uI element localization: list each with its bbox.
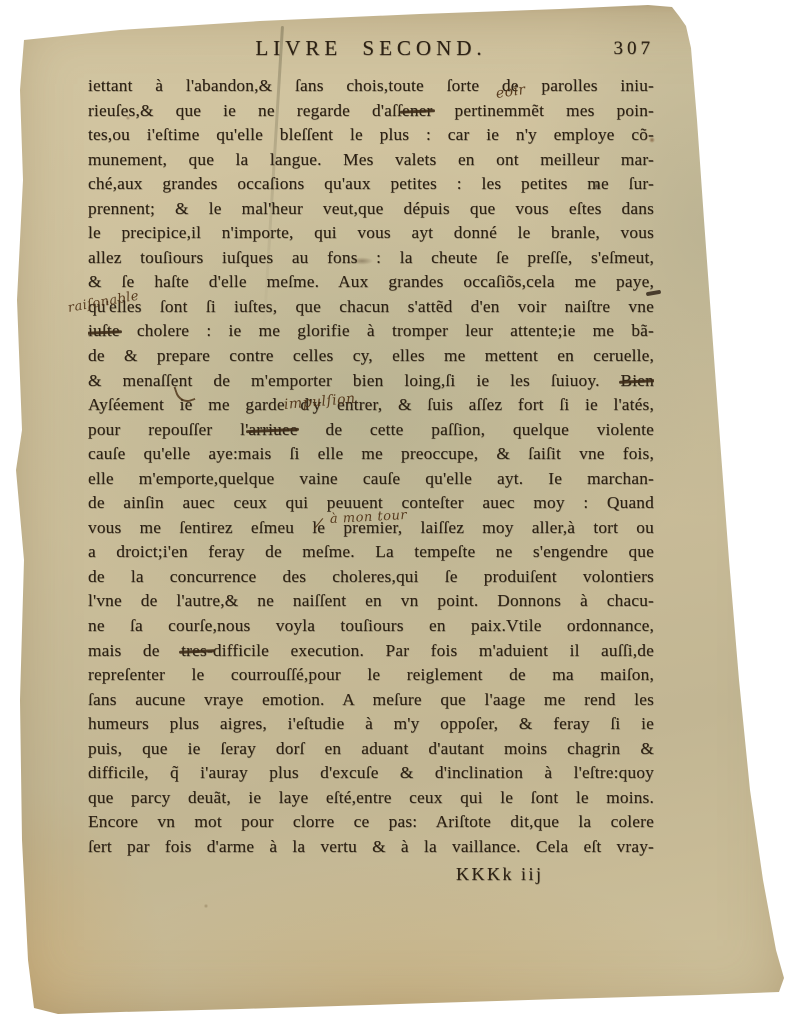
printed-text: elle m'emporte,quelque vaine cauſe qu'el… <box>88 469 654 488</box>
printer-signature: KKKk iij <box>88 864 654 885</box>
printed-text: iettant à l'abandon,& ſans chois,toute ſ… <box>88 76 654 95</box>
text-line: de ainſin auec ceux qui peuuent conteſte… <box>88 491 654 516</box>
text-line: humeurs plus aigres, i'eſtudie à m'y opp… <box>88 712 654 737</box>
text-line: Ayſéement ie me garde d'y entrer, & ſuis… <box>88 393 654 418</box>
text-line: allez touſiours iuſques au fons : la che… <box>88 246 654 271</box>
text-line: ſert par fois d'arme à la vertu & à la v… <box>88 835 654 860</box>
printed-text: munement, que la langue. Mes valets en o… <box>88 150 654 169</box>
struck-text: arriuee <box>248 420 297 439</box>
printed-text: repreſenter le courrouſſé,pour le reigle… <box>88 665 654 684</box>
text-line: & menaſſent de m'emporter bien loing,ſi … <box>88 369 654 394</box>
text-line: iettant à l'abandon,& ſans chois,toute ſ… <box>88 74 654 99</box>
page-content: LIVRE SECOND. 307 iettant à l'abandon,& … <box>88 36 654 885</box>
text-line: le precipice,il n'importe, qui vous ayt … <box>88 221 654 246</box>
printed-text: vous me ſentirez eſmeu le premier, laiſſ… <box>88 518 654 537</box>
printed-text: Ayſéement ie me garde d'y entrer, & ſuis… <box>88 395 654 414</box>
printed-text: & menaſſent de m'emporter bien loing,ſi … <box>88 371 621 390</box>
printed-text: ne ſa courſe,nous voyla touſiours en pai… <box>88 616 654 635</box>
text-line: prennent; & le mal'heur veut,que dépuis … <box>88 197 654 222</box>
printed-text: cauſe qu'elle aye:mais ſi elle me preocc… <box>88 444 654 463</box>
struck-text: ener <box>402 101 433 120</box>
running-header: LIVRE SECOND. 307 <box>88 36 654 66</box>
printed-text: allez touſiours iuſques au fons : la che… <box>88 248 654 267</box>
text-line: de & prepare contre celles cy, elles me … <box>88 344 654 369</box>
printed-text: puis, que ie ſeray dorſ en aduant d'auta… <box>88 739 654 758</box>
printed-text: difficile, q̃ i'auray plus d'excuſe & d'… <box>88 763 654 782</box>
printed-text: cholere : ie me glorifie à tromper leur … <box>120 321 654 340</box>
text-line: que parcy deuãt, ie laye eſté,entre ceux… <box>88 786 654 811</box>
printed-text: a droict;i'en feray de meſme. La tempeſt… <box>88 542 654 561</box>
printed-text: l'vne de l'autre,& ne naiſſent en vn poi… <box>88 591 654 610</box>
text-line: l'vne de l'autre,& ne naiſſent en vn poi… <box>88 589 654 614</box>
printed-text: que parcy deuãt, ie laye eſté,entre ceux… <box>88 788 654 807</box>
printed-text: & ſe haſte d'elle meſme. Aux grandes occ… <box>88 272 654 291</box>
book-page: LIVRE SECOND. 307 iettant à l'abandon,& … <box>0 0 801 1024</box>
text-line: tes,ou i'eſtime qu'elle bleſſent le plus… <box>88 123 654 148</box>
text-line: Encore vn mot pour clorre ce pas: Ariſto… <box>88 810 654 835</box>
text-line: cauſe qu'elle aye:mais ſi elle me preocc… <box>88 442 654 467</box>
text-line: repreſenter le courrouſſé,pour le reigle… <box>88 663 654 688</box>
printed-text: mais de <box>88 641 181 660</box>
printed-text: ſert par fois d'arme à la vertu & à la v… <box>88 837 654 856</box>
text-line: mais de tres-difficile execution. Par fo… <box>88 639 654 664</box>
printed-text: pertinemmẽt mes poin- <box>433 101 654 120</box>
page-number: 307 <box>614 38 655 60</box>
printed-text: de ainſin auec ceux qui peuuent conteſte… <box>88 493 654 512</box>
struck-text: iuſte <box>88 321 120 340</box>
text-line: elle m'emporte,quelque vaine cauſe qu'el… <box>88 467 654 492</box>
text-line: difficile, q̃ i'auray plus d'excuſe & d'… <box>88 761 654 786</box>
printed-text: ſans aucune vraye emotion. A meſure que … <box>88 690 654 709</box>
printed-text: humeurs plus aigres, i'eſtudie à m'y opp… <box>88 714 654 733</box>
printed-text: prennent; & le mal'heur veut,que dépuis … <box>88 199 654 218</box>
text-line: munement, que la langue. Mes valets en o… <box>88 148 654 173</box>
photograph-of-book-page: LIVRE SECOND. 307 iettant à l'abandon,& … <box>0 0 801 1024</box>
struck-text: Bien <box>621 371 654 390</box>
text-line: vous me ſentirez eſmeu le premier, laiſſ… <box>88 516 654 541</box>
text-line: puis, que ie ſeray dorſ en aduant d'auta… <box>88 737 654 762</box>
printed-text: ché,aux grandes occaſions qu'aux petites… <box>88 174 654 193</box>
printed-text: rieuſes,& que ie ne regarde d'aſſ <box>88 101 402 120</box>
printed-text: le precipice,il n'importe, qui vous ayt … <box>88 223 654 242</box>
page-title: LIVRE SECOND. <box>255 36 486 60</box>
text-line: & ſe haſte d'elle meſme. Aux grandes occ… <box>88 270 654 295</box>
text-line: rieuſes,& que ie ne regarde d'aſſener pe… <box>88 99 654 124</box>
printed-text: tes,ou i'eſtime qu'elle bleſſent le plus… <box>88 125 654 144</box>
text-line: iuſte cholere : ie me glorifie à tromper… <box>88 319 654 344</box>
printed-text: pour repouſſer l' <box>88 420 248 439</box>
body-lines: iettant à l'abandon,& ſans chois,toute ſ… <box>88 74 654 860</box>
text-line: pour repouſſer l'arriuee de cette paſſio… <box>88 418 654 443</box>
text-line: ne ſa courſe,nous voyla touſiours en pai… <box>88 614 654 639</box>
text-line: a droict;i'en feray de meſme. La tempeſt… <box>88 540 654 565</box>
printed-text: Encore vn mot pour clorre ce pas: Ariſto… <box>88 812 654 831</box>
printed-text: de & prepare contre celles cy, elles me … <box>88 346 654 365</box>
printed-text: difficile execution. Par fois m'aduient … <box>213 641 654 660</box>
text-line: de la concurrence des choleres,qui ſe pr… <box>88 565 654 590</box>
text-line: ché,aux grandes occaſions qu'aux petites… <box>88 172 654 197</box>
text-line: qu'elles ſont ſi iuſtes, que chacun s'at… <box>88 295 654 320</box>
printed-text: de cette paſſion, quelque violente <box>298 420 654 439</box>
struck-text: tres- <box>181 641 213 660</box>
text-line: ſans aucune vraye emotion. A meſure que … <box>88 688 654 713</box>
printed-text: qu'elles ſont ſi iuſtes, que chacun s'at… <box>88 297 654 316</box>
printed-text: de la concurrence des choleres,qui ſe pr… <box>88 567 654 586</box>
